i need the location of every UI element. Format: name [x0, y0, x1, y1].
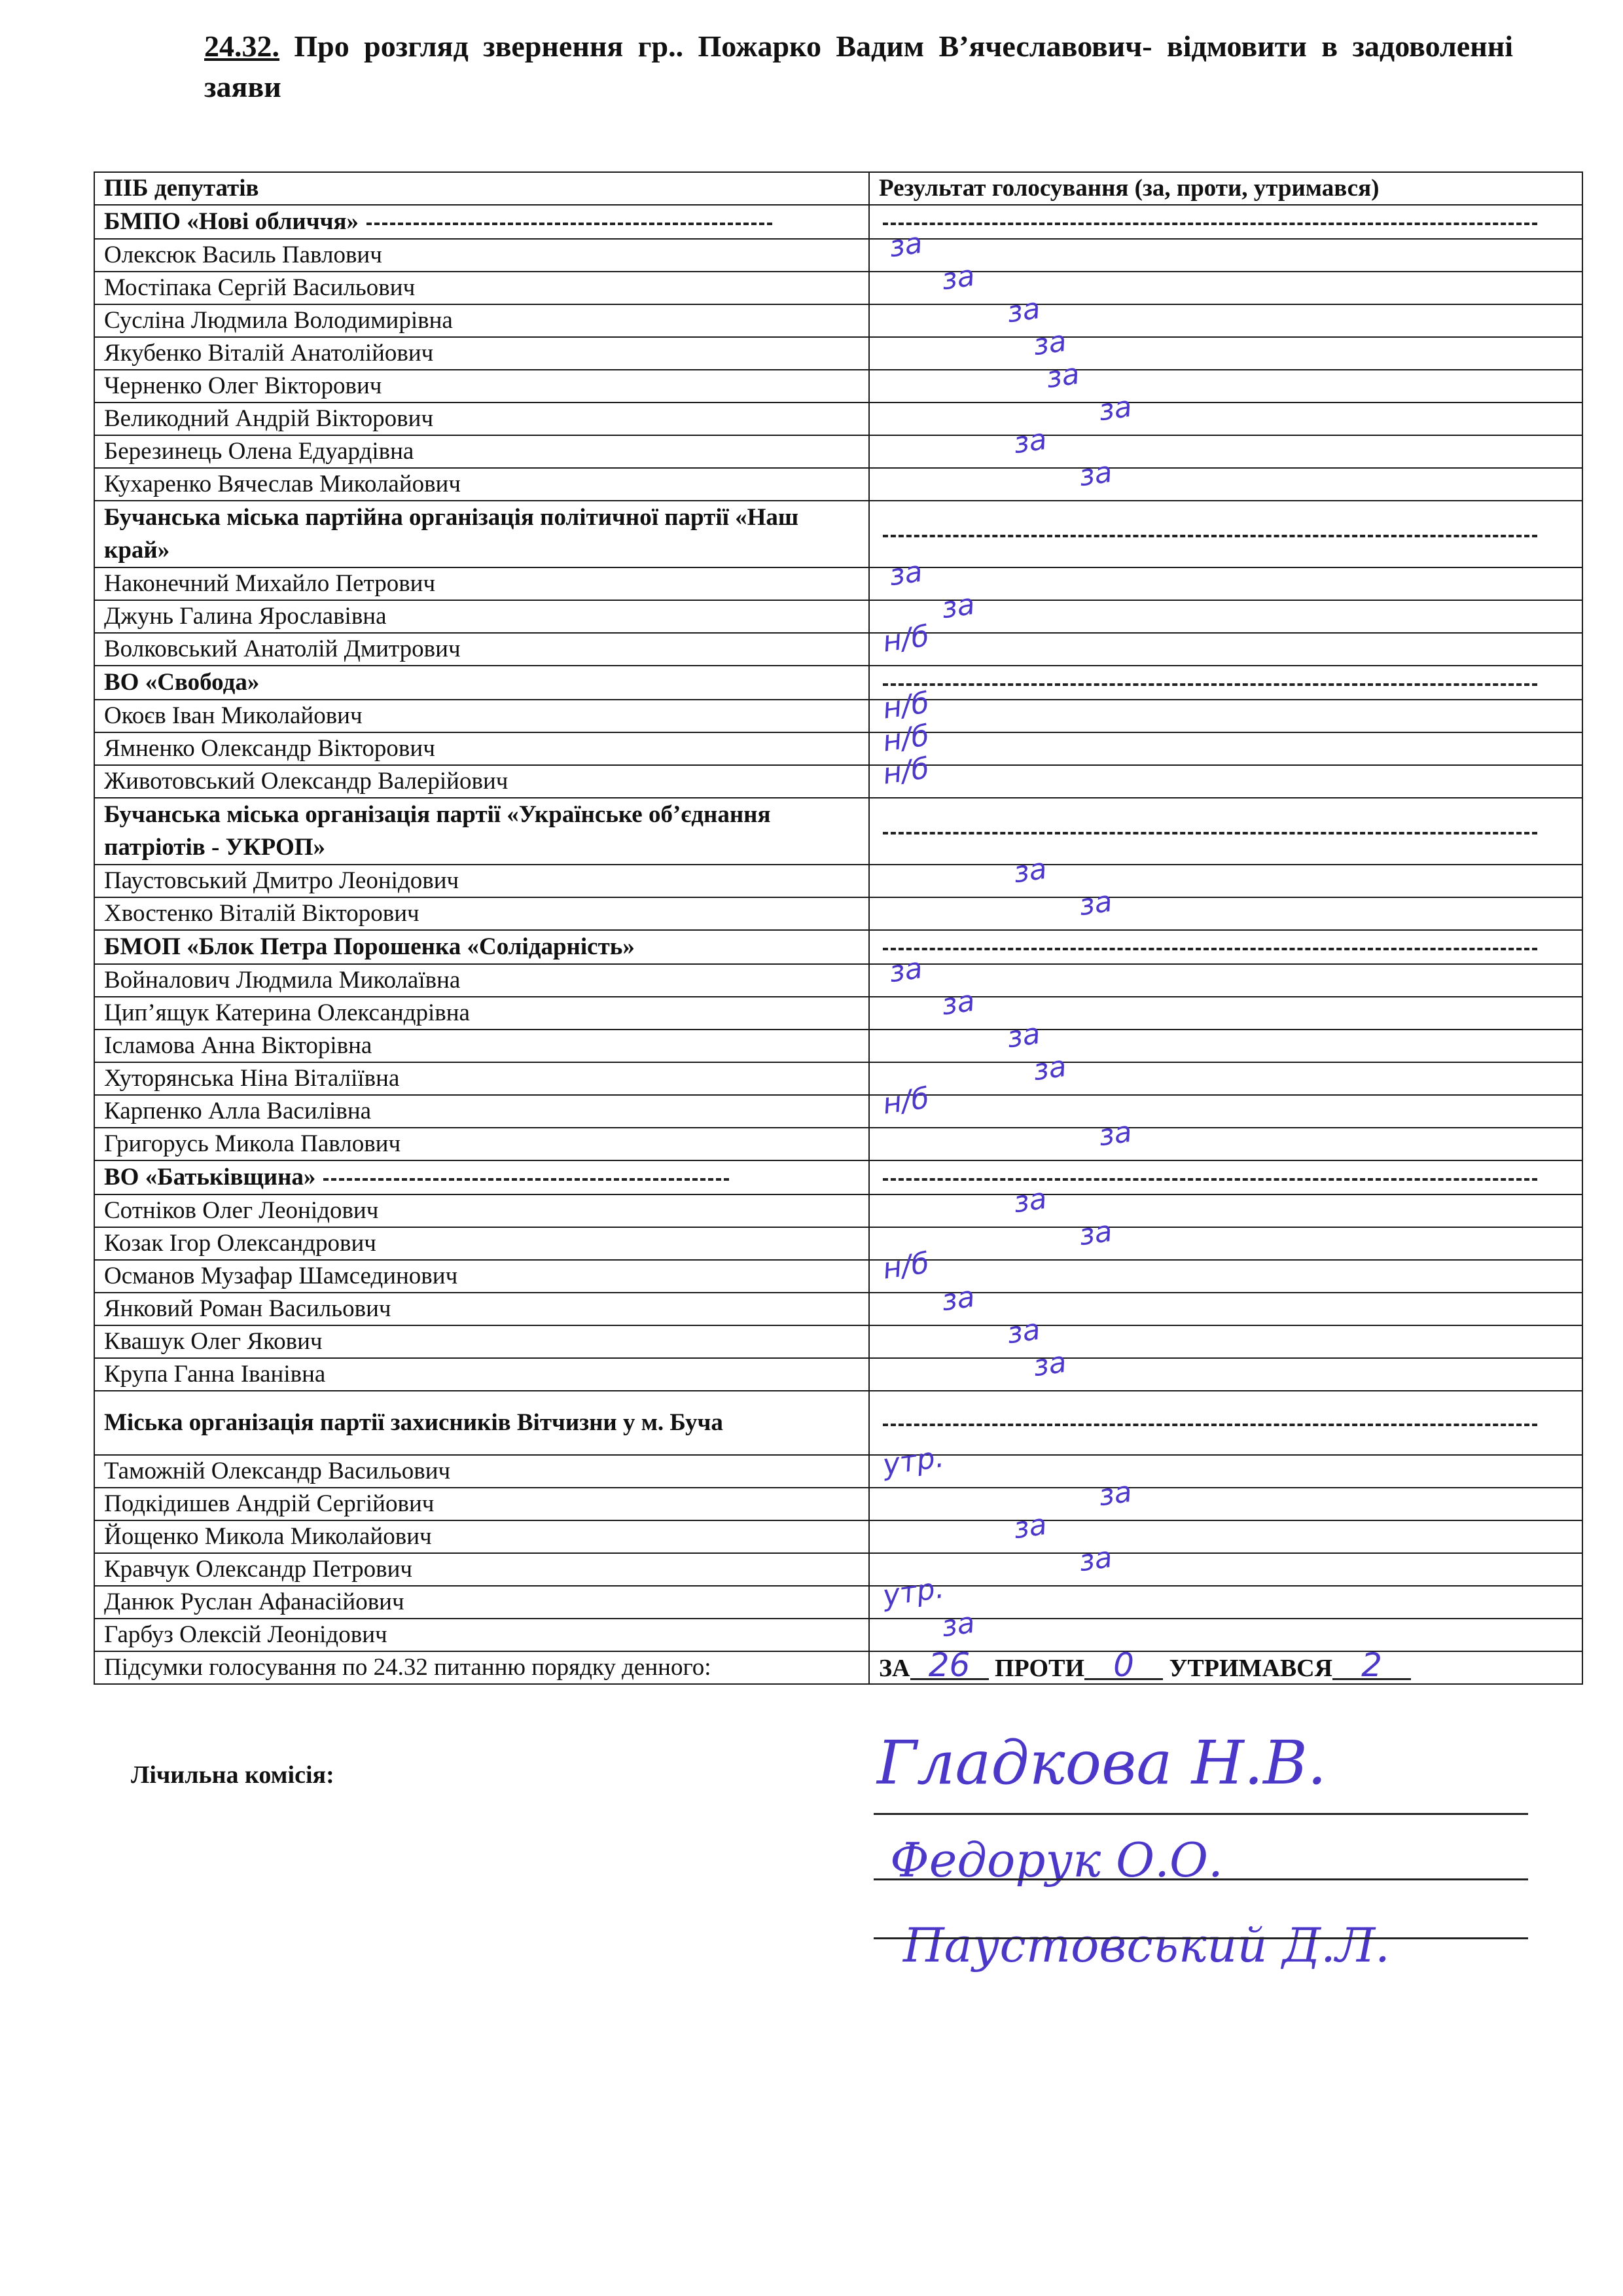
vote-mark: за [869, 403, 1582, 435]
party-result-placeholder [869, 1391, 1582, 1455]
vote-mark: н/б [869, 732, 1582, 765]
deputy-name: Карпенко Алла Василівна [94, 1095, 869, 1128]
deputy-row: Янковий Роман Васильовичза [94, 1293, 1582, 1325]
deputy-row: Хвостенко Віталій Вікторовичза [94, 897, 1582, 930]
deputy-row: Подкідишев Андрій Сергійовичза [94, 1488, 1582, 1520]
deputy-row: Козак Ігор Олександровичза [94, 1227, 1582, 1260]
vote-mark: за [869, 600, 1582, 633]
party-group-row: ВО «Батьківщина» [94, 1160, 1582, 1194]
deputy-row: Йощенко Микола Миколайовичза [94, 1520, 1582, 1553]
total-against-label: ПРОТИ [989, 1655, 1085, 1682]
deputy-name: Козак Ігор Олександрович [94, 1227, 869, 1260]
signature-line [874, 1937, 1528, 1939]
deputy-name: Подкідишев Андрій Сергійович [94, 1488, 869, 1520]
handwritten-vote: за [1012, 425, 1048, 459]
party-group-row: Бучанська міська організація партії «Укр… [94, 798, 1582, 865]
vote-mark: н/б [869, 700, 1582, 732]
deputy-name: Наконечний Михайло Петрович [94, 567, 869, 600]
party-group-row: Бучанська міська партійна організація по… [94, 501, 1582, 567]
summary-totals: ЗА26 ПРОТИ0 УТРИМАВСЯ2 [869, 1651, 1582, 1684]
deputy-name: Великодний Андрій Вікторович [94, 403, 869, 435]
deputy-name: Якубенко Віталій Анатолійович [94, 337, 869, 370]
vote-mark: за [869, 1194, 1582, 1227]
handwritten-vote: за [1077, 1217, 1114, 1251]
deputy-row: Ісламова Анна Вікторівназа [94, 1030, 1582, 1062]
deputy-name: Березинець Олена Едуардівна [94, 435, 869, 468]
vote-mark: за [869, 1293, 1582, 1325]
vote-mark: за [869, 1619, 1582, 1651]
handwritten-vote: за [1044, 359, 1081, 394]
deputy-name: Хвостенко Віталій Вікторович [94, 897, 869, 930]
vote-mark: н/б [869, 633, 1582, 666]
party-result-placeholder [869, 205, 1582, 239]
handwritten-vote: утр. [881, 1573, 946, 1612]
deputy-name: Григорусь Микола Павлович [94, 1128, 869, 1160]
handwritten-vote: за [1097, 1117, 1133, 1152]
deputy-name: Османов Музафар Шамсединович [94, 1260, 869, 1293]
vote-summary-row: Підсумки голосування по 24.32 питанню по… [94, 1651, 1582, 1684]
vote-mark: за [869, 964, 1582, 997]
table-header-row: ПІБ депутатів Результат голосування (за,… [94, 172, 1582, 205]
vote-mark: за [869, 239, 1582, 272]
deputy-row: Гарбуз Олексій Леонідовичза [94, 1619, 1582, 1651]
deputy-row: Животовський Олександр Валерійовичн/б [94, 765, 1582, 798]
dash-filler [883, 948, 1537, 950]
handwritten-vote: за [940, 1282, 976, 1317]
deputy-name: Данюк Руслан Афанасійович [94, 1586, 869, 1619]
deputy-name: Кравчук Олександр Петрович [94, 1553, 869, 1586]
vote-mark: за [869, 435, 1582, 468]
dash-filler [883, 683, 1537, 686]
vote-mark: за [869, 1030, 1582, 1062]
party-result-placeholder [869, 666, 1582, 700]
vote-mark: за [869, 468, 1582, 501]
deputy-name: Ісламова Анна Вікторівна [94, 1030, 869, 1062]
dash-filler [323, 1178, 729, 1181]
handwritten-vote: за [887, 954, 924, 988]
party-group-row: БМОП «Блок Петра Порошенка «Солідарність… [94, 930, 1582, 964]
handwritten-vote: н/б [881, 621, 931, 657]
vote-mark: утр. [869, 1455, 1582, 1488]
handwritten-vote: за [1005, 294, 1042, 329]
deputy-row: Мостіпака Сергій Васильовичза [94, 272, 1582, 304]
dash-filler [366, 223, 772, 225]
vote-mark: н/б [869, 1260, 1582, 1293]
party-group-row: Міська організація партії захисників Віт… [94, 1391, 1582, 1455]
deputy-name: Черненко Олег Вікторович [94, 370, 869, 403]
party-group-row: ВО «Свобода» [94, 666, 1582, 700]
deputy-name: Цип’ящук Катерина Олександрівна [94, 997, 869, 1030]
dash-filler [883, 535, 1537, 537]
party-name: БМОП «Блок Петра Порошенка «Солідарність… [94, 930, 869, 964]
deputy-row: Березинець Олена Едуардівназа [94, 435, 1582, 468]
vote-mark: за [869, 1358, 1582, 1391]
commission-signature: Гладкова Н.В. [877, 1728, 1327, 1798]
vote-mark: за [869, 370, 1582, 403]
deputy-name: Окоєв Іван Миколайович [94, 700, 869, 732]
dash-filler [883, 1178, 1537, 1181]
deputy-name: Джунь Галина Ярославівна [94, 600, 869, 633]
deputy-name: Таможній Олександр Васильович [94, 1455, 869, 1488]
dash-filler [883, 223, 1537, 225]
handwritten-vote: за [1097, 1477, 1133, 1512]
vote-mark: за [869, 1227, 1582, 1260]
handwritten-vote: за [1097, 392, 1133, 427]
handwritten-vote: за [940, 261, 976, 296]
handwritten-vote: н/б [881, 753, 931, 789]
deputy-row: Кухаренко Вячеслав Миколайовичза [94, 468, 1582, 501]
party-name: Міська організація партії захисників Віт… [94, 1391, 869, 1455]
agenda-item-text: Про розгляд звернення гр.. Пожарко Вадим… [204, 29, 1513, 103]
vote-mark: за [869, 865, 1582, 897]
vote-mark: за [869, 337, 1582, 370]
party-name: ВО «Свобода» [94, 666, 869, 700]
deputy-row: Сусліна Людмила Володимирівназа [94, 304, 1582, 337]
handwritten-vote: за [887, 228, 924, 263]
agenda-item-number: 24.32. [204, 29, 279, 63]
deputy-row: Войналович Людмила Миколаївназа [94, 964, 1582, 997]
party-name: БМПО «Нові обличчя» [94, 205, 869, 239]
handwritten-vote: за [1012, 854, 1048, 889]
deputy-row: Таможній Олександр Васильовичутр. [94, 1455, 1582, 1488]
handwritten-vote: за [1031, 1348, 1068, 1382]
party-result-placeholder [869, 501, 1582, 567]
vote-mark: за [869, 997, 1582, 1030]
header-deputy-name: ПІБ депутатів [94, 172, 869, 205]
party-result-placeholder [869, 798, 1582, 865]
deputy-row: Джунь Галина Ярославівназа [94, 600, 1582, 633]
vote-mark: за [869, 1325, 1582, 1358]
deputy-row: Олексюк Василь Павловичза [94, 239, 1582, 272]
handwritten-vote: за [940, 1608, 976, 1643]
deputy-row: Черненко Олег Вікторовичза [94, 370, 1582, 403]
total-for-label: ЗА [879, 1655, 910, 1682]
signature-line [874, 1813, 1528, 1815]
signature-line [874, 1878, 1528, 1880]
deputy-name: Сусліна Людмила Володимирівна [94, 304, 869, 337]
vote-table: ПІБ депутатів Результат голосування (за,… [94, 171, 1583, 1685]
deputy-name: Ямненко Олександр Вікторович [94, 732, 869, 765]
deputy-name: Крупа Ганна Іванівна [94, 1358, 869, 1391]
handwritten-vote: утр. [881, 1443, 946, 1481]
deputy-name: Йощенко Микола Миколайович [94, 1520, 869, 1553]
deputy-row: Крупа Ганна Іванівназа [94, 1358, 1582, 1391]
summary-label: Підсумки голосування по 24.32 питанню по… [94, 1651, 869, 1684]
party-result-placeholder [869, 1160, 1582, 1194]
vote-mark: за [869, 1553, 1582, 1586]
vote-mark: за [869, 1062, 1582, 1095]
deputy-name: Сотніков Олег Леонідович [94, 1194, 869, 1227]
vote-mark: н/б [869, 1095, 1582, 1128]
party-result-placeholder [869, 930, 1582, 964]
handwritten-vote: за [1012, 1184, 1048, 1219]
vote-mark: за [869, 304, 1582, 337]
handwritten-vote: за [1005, 1315, 1042, 1350]
handwritten-vote: за [1012, 1510, 1048, 1545]
handwritten-vote: за [1077, 457, 1114, 492]
vote-mark: за [869, 1520, 1582, 1553]
handwritten-vote: за [940, 986, 976, 1021]
handwritten-vote: н/б [881, 1083, 931, 1119]
total-against-value: 0 [1084, 1652, 1163, 1680]
vote-mark: за [869, 272, 1582, 304]
dash-filler [883, 1424, 1537, 1426]
deputy-name: Квашук Олег Якович [94, 1325, 869, 1358]
handwritten-vote: за [1077, 1543, 1114, 1577]
deputy-name: Животовський Олександр Валерійович [94, 765, 869, 798]
handwritten-vote: за [1031, 1052, 1068, 1086]
vote-mark: за [869, 1488, 1582, 1520]
header-vote-result: Результат голосування (за, проти, утрима… [869, 172, 1582, 205]
deputy-row: Якубенко Віталій Анатолійовичза [94, 337, 1582, 370]
total-abstain-label: УТРИМАВСЯ [1163, 1655, 1332, 1682]
party-name: Бучанська міська партійна організація по… [94, 501, 869, 567]
vote-mark: за [869, 1128, 1582, 1160]
deputy-row: Наконечний Михайло Петровичза [94, 567, 1582, 600]
vote-mark: н/б [869, 765, 1582, 798]
handwritten-vote: за [1077, 887, 1114, 922]
dash-filler [883, 832, 1537, 834]
commission-signature: Паустовський Д.Л. [903, 1918, 1390, 1973]
deputy-row: Окоєв Іван Миколайовичн/б [94, 700, 1582, 732]
deputy-row: Квашук Олег Яковичза [94, 1325, 1582, 1358]
vote-mark: за [869, 567, 1582, 600]
deputy-row: Хуторянська Ніна Віталіївназа [94, 1062, 1582, 1095]
deputy-row: Григорусь Микола Павловичза [94, 1128, 1582, 1160]
deputy-name: Кухаренко Вячеслав Миколайович [94, 468, 869, 501]
deputy-name: Олексюк Василь Павлович [94, 239, 869, 272]
deputy-row: Великодний Андрій Вікторовичза [94, 403, 1582, 435]
counting-commission-label: Лічильна комісія: [131, 1761, 334, 1789]
party-group-row: БМПО «Нові обличчя» [94, 205, 1582, 239]
deputy-row: Сотніков Олег Леонідовичза [94, 1194, 1582, 1227]
deputy-row: Кравчук Олександр Петровичза [94, 1553, 1582, 1586]
deputy-row: Волковський Анатолій Дмитровичн/б [94, 633, 1582, 666]
deputy-row: Карпенко Алла Василівнан/б [94, 1095, 1582, 1128]
deputy-row: Османов Музафар Шамсединовичн/б [94, 1260, 1582, 1293]
deputy-name: Войналович Людмила Миколаївна [94, 964, 869, 997]
party-name: ВО «Батьківщина» [94, 1160, 869, 1194]
handwritten-vote: за [1031, 327, 1068, 361]
party-name: Бучанська міська організація партії «Укр… [94, 798, 869, 865]
deputy-name: Гарбуз Олексій Леонідович [94, 1619, 869, 1651]
total-for-value: 26 [910, 1652, 989, 1680]
agenda-item-title: 24.32. Про розгляд звернення гр.. Пожарк… [204, 26, 1513, 107]
deputy-row: Ямненко Олександр Вікторовичн/б [94, 732, 1582, 765]
deputy-name: Янковий Роман Васильович [94, 1293, 869, 1325]
handwritten-vote: н/б [881, 1248, 931, 1284]
handwritten-vote: за [940, 590, 976, 624]
handwritten-vote: за [887, 557, 924, 592]
deputy-name: Хуторянська Ніна Віталіївна [94, 1062, 869, 1095]
deputy-row: Паустовський Дмитро Леонідовичза [94, 865, 1582, 897]
total-abstain-value: 2 [1332, 1652, 1411, 1680]
deputy-row: Данюк Руслан Афанасійовичутр. [94, 1586, 1582, 1619]
vote-mark: утр. [869, 1586, 1582, 1619]
deputy-name: Мостіпака Сергій Васильович [94, 272, 869, 304]
handwritten-vote: за [1005, 1019, 1042, 1054]
deputy-row: Цип’ящук Катерина Олександрівназа [94, 997, 1582, 1030]
vote-mark: за [869, 897, 1582, 930]
deputy-name: Волковський Анатолій Дмитрович [94, 633, 869, 666]
deputy-name: Паустовський Дмитро Леонідович [94, 865, 869, 897]
